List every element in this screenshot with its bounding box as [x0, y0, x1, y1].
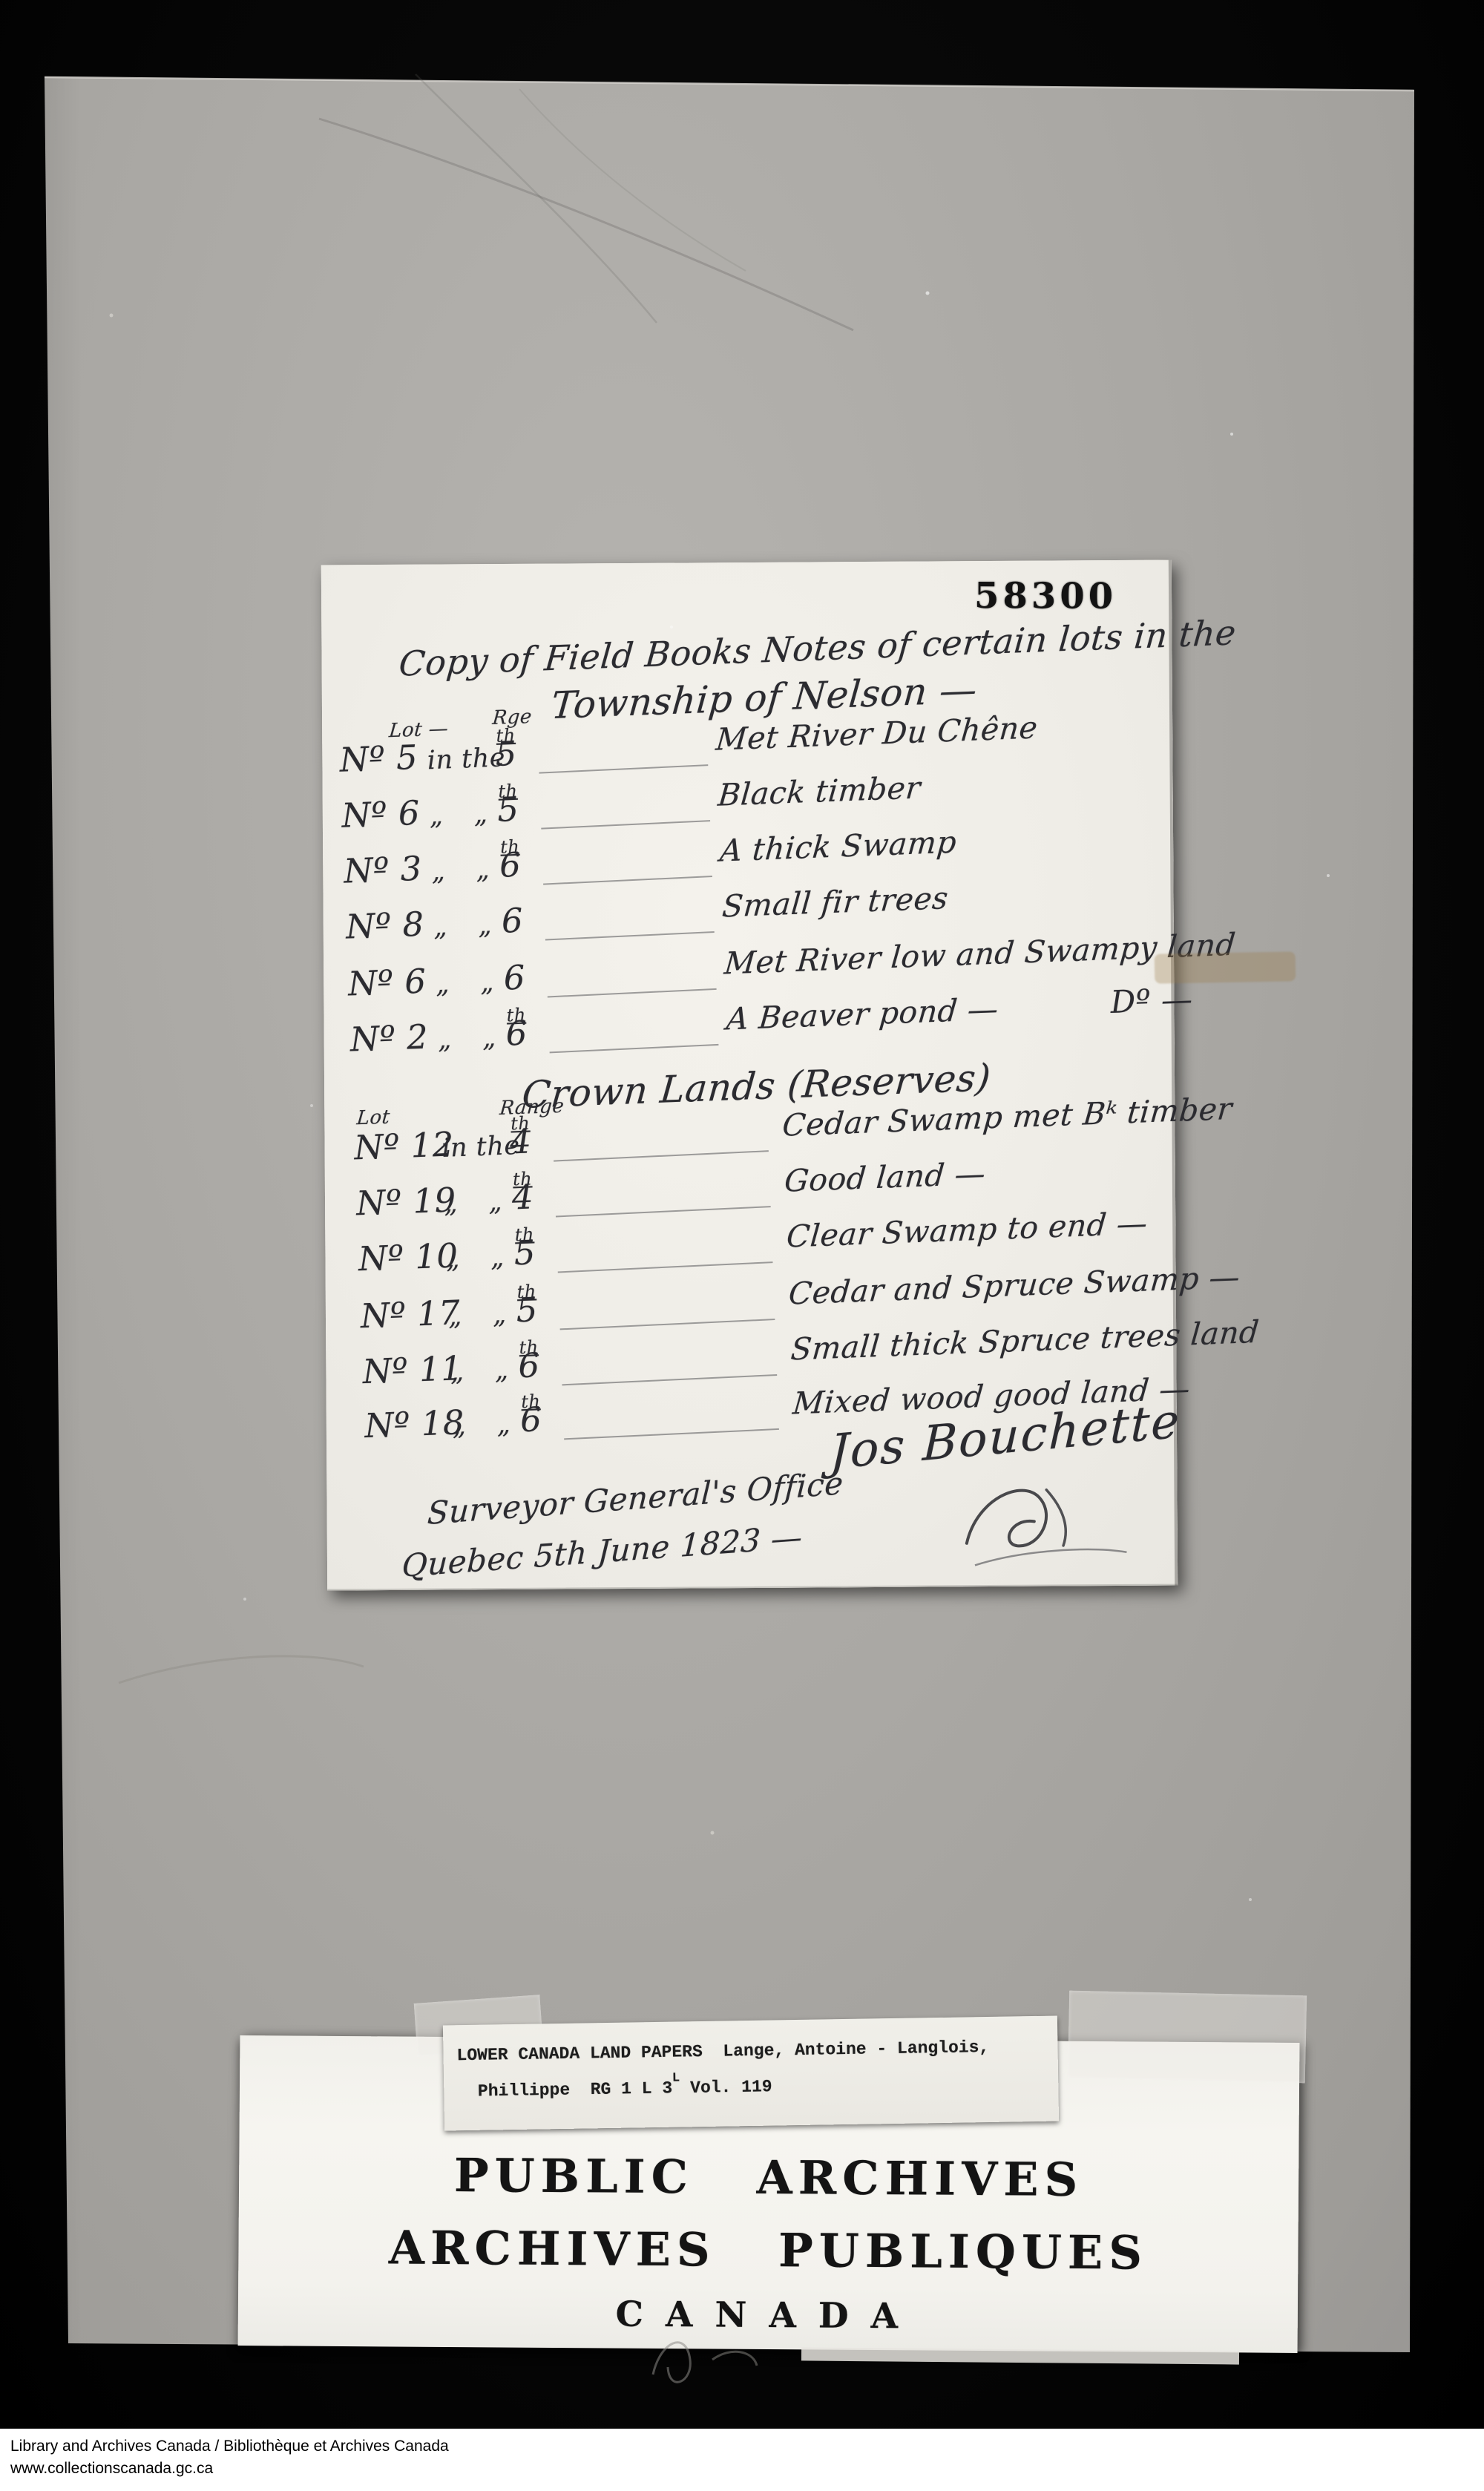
- reference-superscript: L: [672, 2072, 680, 2086]
- lot-number: Nº 12: [353, 1124, 455, 1167]
- range-number: 5th: [495, 734, 516, 774]
- ditto-mark: „: [477, 910, 492, 941]
- ditto-abbreviation: Dº —: [1110, 981, 1194, 1020]
- dash-rule: [554, 1150, 769, 1161]
- ditto-mark: „: [447, 1302, 462, 1332]
- range-number: 6th: [519, 1399, 540, 1440]
- lot-number: Nº 8: [345, 905, 424, 947]
- ditto-mark: „: [473, 799, 488, 830]
- ditto-mark: „: [492, 1300, 507, 1330]
- dash-rule: [560, 1319, 775, 1330]
- range-number: 6th: [499, 845, 519, 885]
- dash-rule: [550, 1044, 719, 1054]
- archives-country: CANADA: [238, 2291, 1298, 2340]
- ditto-mark: „: [452, 1411, 467, 1442]
- range-number: 5th: [516, 1290, 536, 1330]
- reference-line1: LOWER CANADA LAND PAPERS Lange, Antoine …: [456, 2038, 989, 2065]
- dash-rule: [548, 988, 717, 998]
- ditto-mark: „: [479, 968, 494, 998]
- range-number: 4th: [511, 1178, 532, 1218]
- lot-number: Nº 19: [355, 1180, 457, 1223]
- ditto-mark: „: [496, 1410, 511, 1440]
- lot-number: Nº 3: [343, 849, 422, 891]
- attribution-footer: Library and Archives Canada / Bibliothèq…: [0, 2429, 1484, 2491]
- range-number: 6th: [505, 1014, 526, 1054]
- range-number: 5th: [513, 1233, 534, 1273]
- ditto-mark: „: [437, 1025, 452, 1055]
- ditto-mark: „: [435, 969, 450, 1000]
- ditto-mark: „: [490, 1243, 505, 1273]
- ditto-mark: „: [431, 857, 446, 887]
- archives-title-fr: ARCHIVES PUBLIQUES: [238, 2219, 1298, 2281]
- dash-rule: [564, 1428, 779, 1440]
- reference-line2: Phillippe RG 1 L 3L Vol. 119: [457, 2075, 772, 2101]
- signature-paraph: [950, 1471, 1139, 1575]
- lot-number: Nº 11: [362, 1348, 464, 1391]
- dash-rule: [541, 820, 710, 830]
- lot-number: Nº 18: [364, 1402, 465, 1445]
- ditto-mark: „: [445, 1244, 460, 1275]
- lot-number: Nº 5: [339, 738, 418, 780]
- range-number: 4th: [509, 1122, 530, 1162]
- ditto-mark: „: [429, 801, 444, 832]
- ditto-mark: „: [494, 1356, 509, 1386]
- dash-rule: [543, 876, 712, 885]
- ditto-mark: „: [450, 1357, 464, 1388]
- tape-residue-mark: [1155, 951, 1296, 983]
- attribution-line1: Library and Archives Canada / Bibliothèq…: [10, 2438, 449, 2455]
- lot-number: Nº 10: [358, 1235, 459, 1279]
- archival-scan: 58300 Copy of Field Books Notes of certa…: [0, 0, 1484, 2491]
- lot-number: Nº 17: [360, 1293, 462, 1336]
- row-connector: in the: [427, 743, 506, 775]
- attribution-url: www.collectionscanada.gc.ca: [10, 2460, 213, 2478]
- range-number: 6th: [517, 1345, 538, 1385]
- ditto-mark: „: [443, 1189, 458, 1219]
- column-header-range: Range: [499, 1095, 565, 1120]
- ditto-mark: „: [476, 855, 490, 885]
- dash-rule: [539, 764, 708, 774]
- dash-rule: [545, 931, 715, 941]
- reference-label-strip: LOWER CANADA LAND PAPERS Lange, Antoine …: [443, 2016, 1059, 2131]
- paper-sliver: [801, 2347, 1239, 2364]
- tape-piece-right: [1068, 1991, 1307, 2084]
- dash-rule: [556, 1206, 771, 1217]
- ditto-mark: „: [487, 1187, 502, 1218]
- column-header-lot: Lot: [356, 1106, 390, 1130]
- row-connector: in the: [441, 1131, 521, 1164]
- dash-rule: [558, 1261, 773, 1273]
- ditto-mark: „: [482, 1023, 496, 1054]
- microfilm-photo-area: 58300 Copy of Field Books Notes of certa…: [0, 0, 1484, 2429]
- handwritten-document-page: 58300 Copy of Field Books Notes of certa…: [321, 560, 1178, 1591]
- range-number: 5th: [496, 790, 517, 830]
- archives-title-en: PUBLIC ARCHIVES: [239, 2147, 1298, 2208]
- dash-rule: [562, 1374, 777, 1385]
- lot-number: Nº 6: [347, 962, 427, 1004]
- handwritten-content: Copy of Field Books Notes of certain lot…: [321, 534, 1209, 1590]
- ditto-mark: „: [433, 912, 447, 942]
- lot-number: Nº 6: [341, 793, 420, 836]
- lot-number: Nº 2: [349, 1017, 429, 1060]
